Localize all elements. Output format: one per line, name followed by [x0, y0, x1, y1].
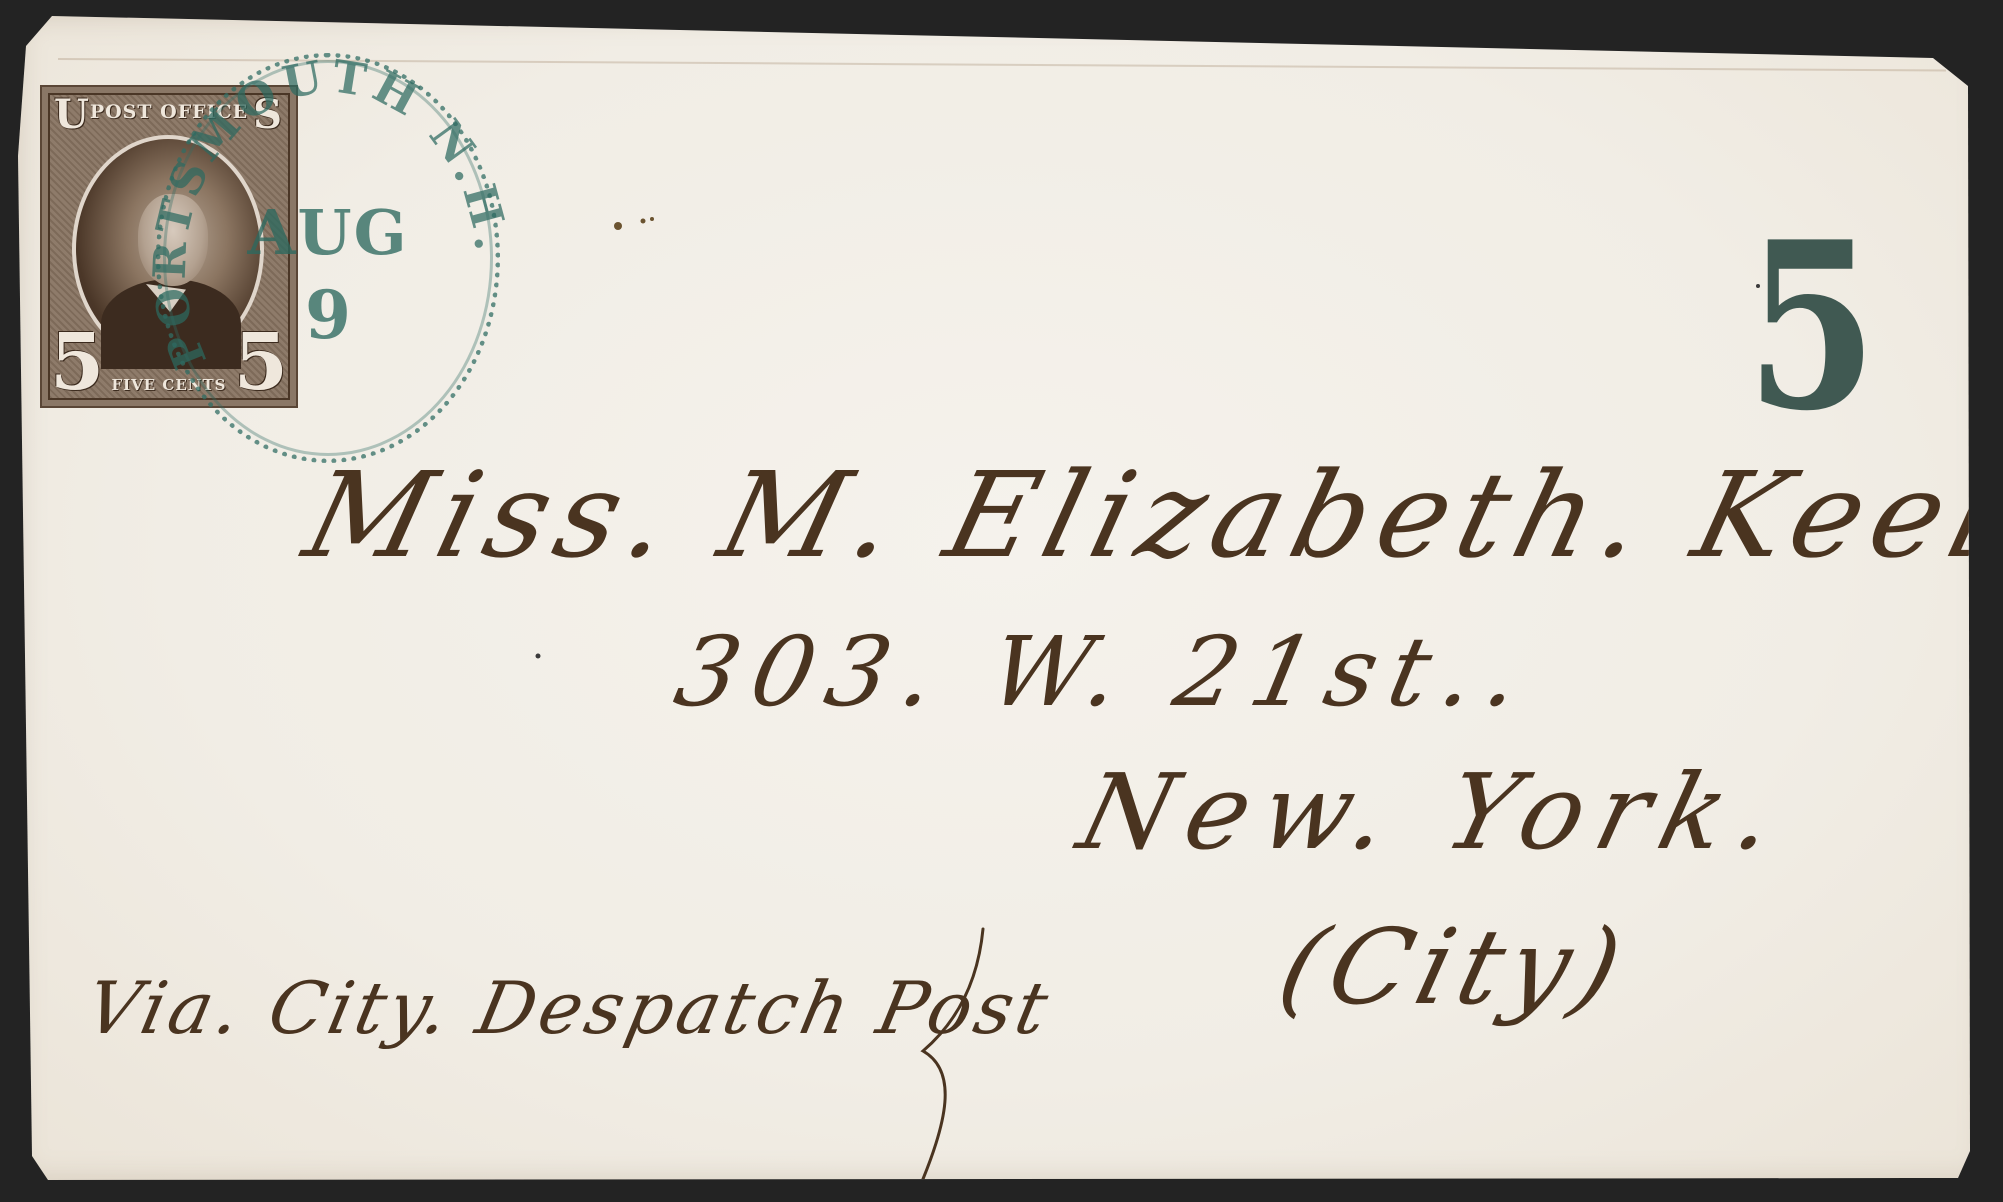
postmark-town: PORTSMOUTH N.H.	[143, 49, 519, 376]
address-city-note: (City)	[1268, 906, 1641, 1028]
postmark-day: 9	[161, 276, 495, 354]
envelope: U S POST OFFICE FIVE CENTS 5 5 PORTSMOUT…	[18, 16, 1986, 1180]
address-street: 303. W. 21st..	[666, 616, 1544, 728]
svg-text:PORTSMOUTH N.H.: PORTSMOUTH N.H.	[143, 49, 519, 376]
endorsement-flourish	[888, 921, 1008, 1201]
postmark-month: AUG	[161, 196, 495, 269]
postmark-ring-text: PORTSMOUTH N.H.	[161, 58, 495, 458]
rate-handstamp: 5	[1746, 212, 1877, 442]
stamp-value-left: 5	[50, 324, 104, 402]
address-city: New. York.	[1068, 751, 1802, 873]
circular-datestamp: PORTSMOUTH N.H. AUG 9	[156, 53, 500, 463]
address-recipient: Miss. M. Elizabeth. Keeler.	[293, 446, 2003, 584]
